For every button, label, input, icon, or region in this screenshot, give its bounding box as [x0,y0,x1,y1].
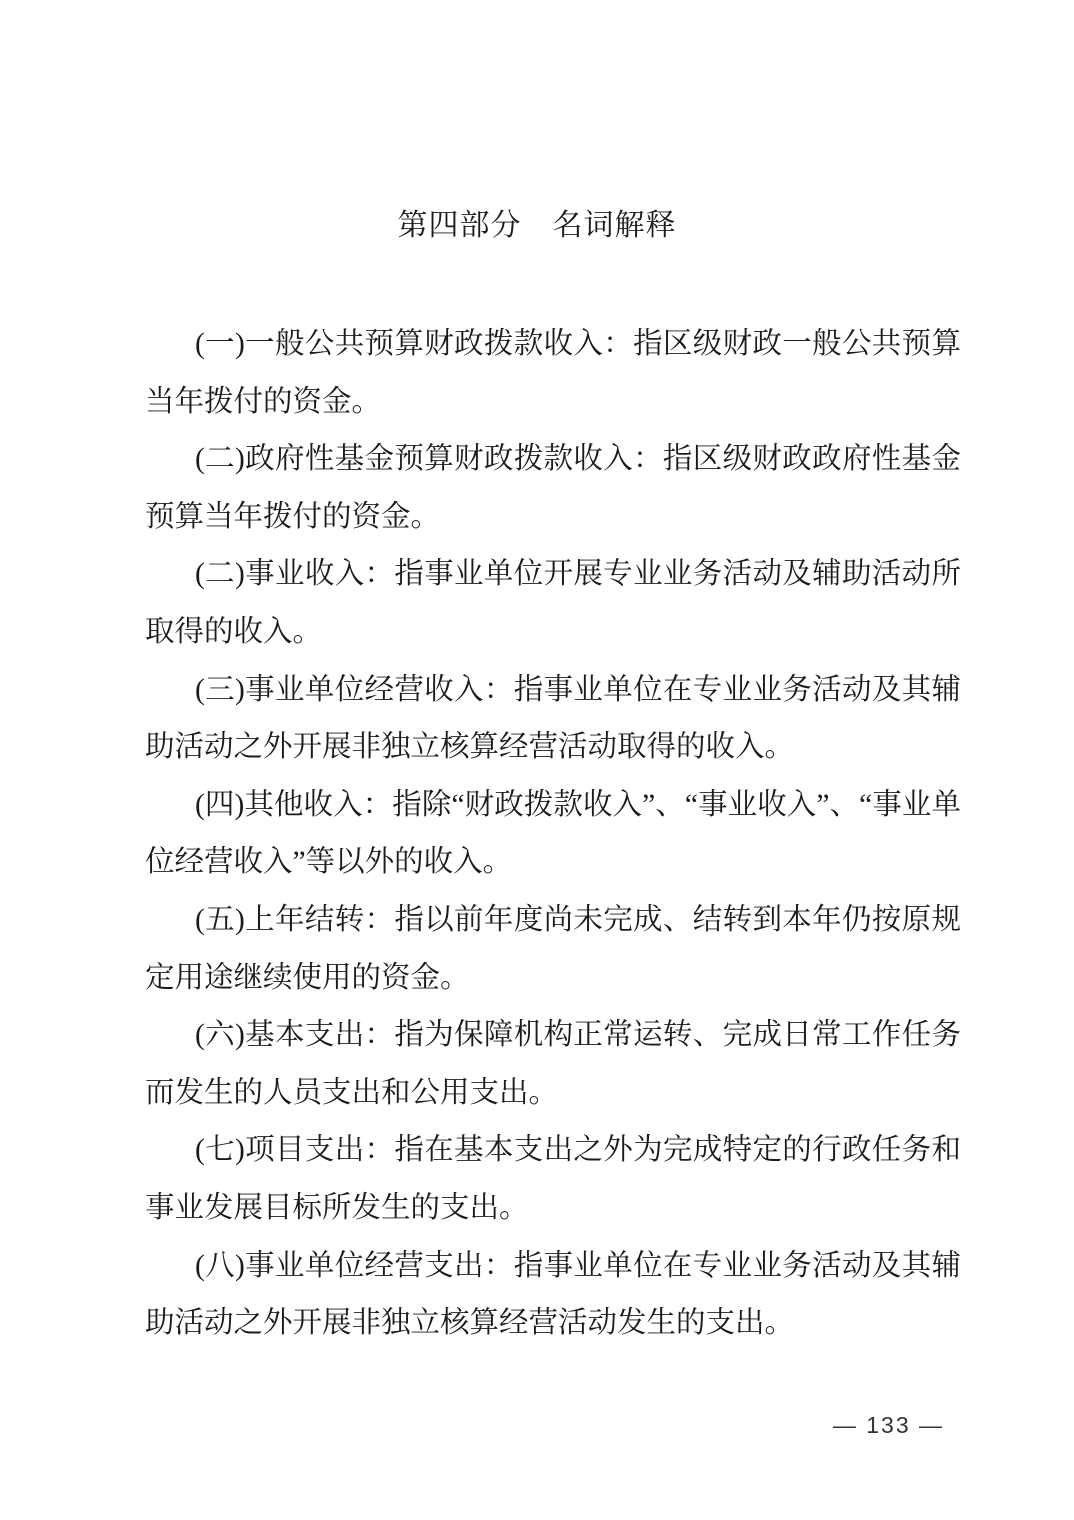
definition-paragraph: (一)一般公共预算财政拨款收入：指区级财政一般公共预算当年拨付的资金。 [145,316,961,431]
definition-paragraph: (六)基本支出：指为保障机构正常运转、完成日常工作任务而发生的人员支出和公用支出… [145,1007,961,1122]
definition-paragraph: (四)其他收入：指除“财政拨款收入”、“事业收入”、“事业单位经营收入”等以外的… [145,777,961,892]
document-body: (一)一般公共预算财政拨款收入：指区级财政一般公共预算当年拨付的资金。 (二)政… [145,316,961,1353]
document-page: 第四部分 名词解释 (一)一般公共预算财政拨款收入：指区级财政一般公共预算当年拨… [0,0,1074,1520]
definition-paragraph: (八)事业单位经营支出：指事业单位在专业业务活动及其辅助活动之外开展非独立核算经… [145,1238,961,1353]
definition-paragraph: (二)政府性基金预算财政拨款收入：指区级财政政府性基金预算当年拨付的资金。 [145,431,961,546]
definition-paragraph: (七)项目支出：指在基本支出之外为完成特定的行政任务和事业发展目标所发生的支出。 [145,1122,961,1237]
definition-paragraph: (二)事业收入：指事业单位开展专业业务活动及辅助活动所取得的收入。 [145,546,961,661]
page-number: — 133 — [833,1412,944,1440]
document-title: 第四部分 名词解释 [0,211,1074,241]
definition-paragraph: (五)上年结转：指以前年度尚未完成、结转到本年仍按原规定用途继续使用的资金。 [145,892,961,1007]
definition-paragraph: (三)事业单位经营收入：指事业单位在专业业务活动及其辅助活动之外开展非独立核算经… [145,662,961,777]
